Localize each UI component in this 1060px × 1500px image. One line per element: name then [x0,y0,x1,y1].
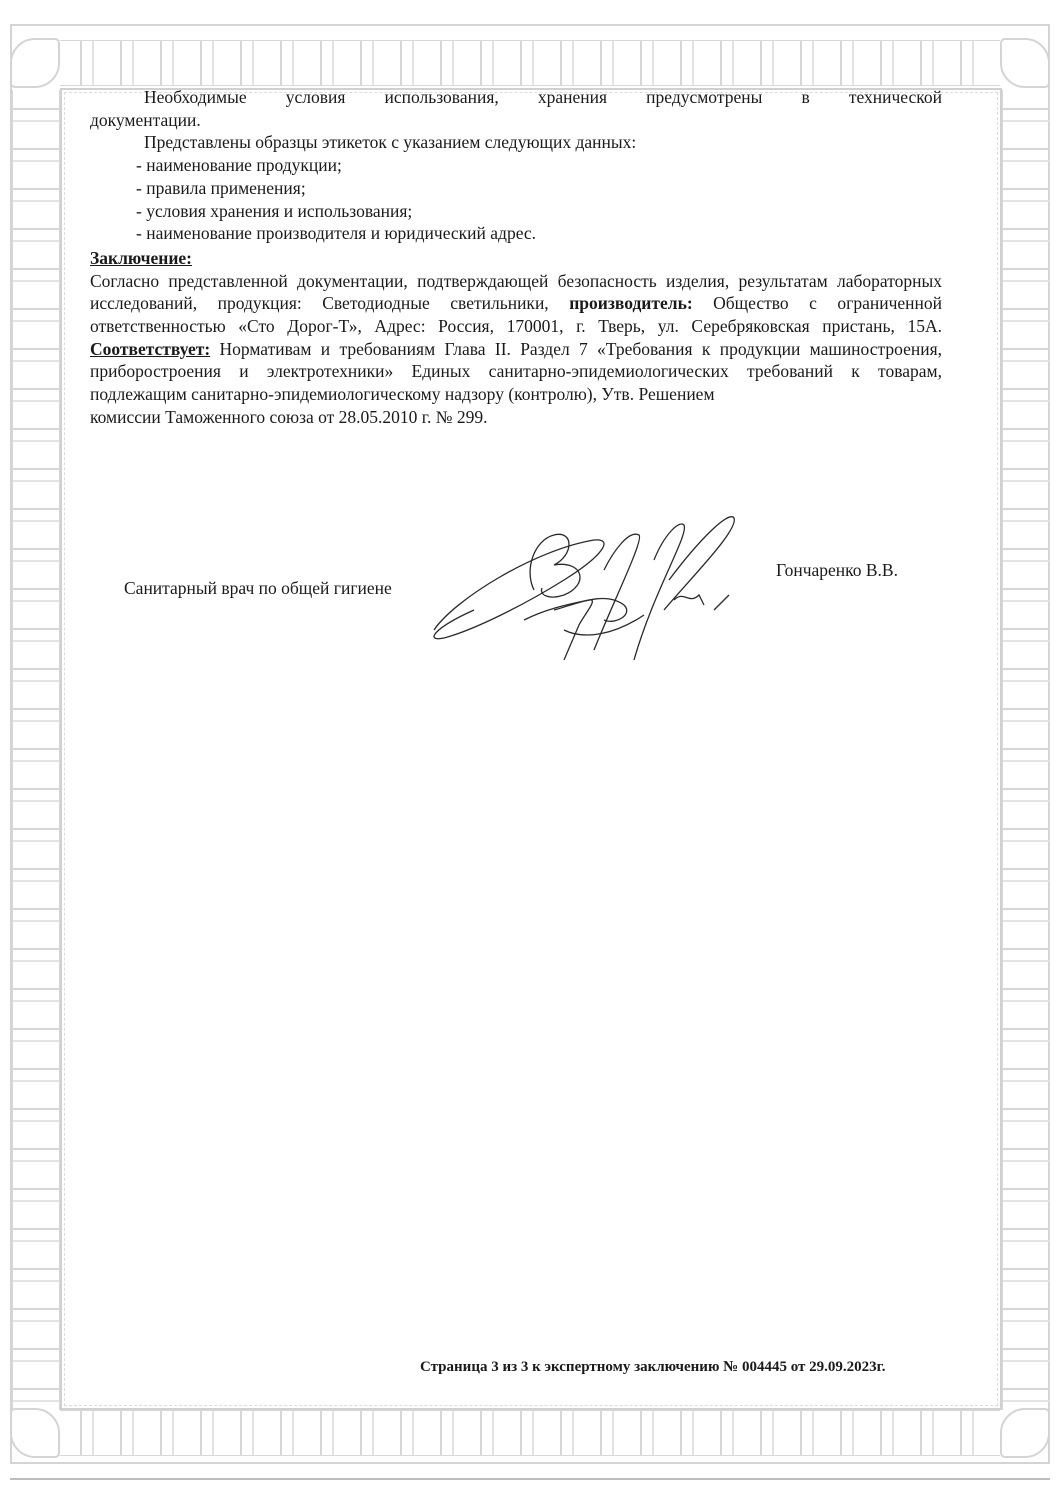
border-band-top [60,40,1000,86]
corner-ornament-icon [10,38,60,88]
signer-name: Гончаренко В.В. [776,560,898,581]
list-item: - наименование производителя и юридическ… [90,222,942,245]
border-band-bottom [60,1410,1000,1456]
corner-ornament-icon [1000,1408,1050,1458]
conclusion-last-line: комиссии Таможенного союза от 28.05.2010… [90,406,942,429]
manufacturer-label: производитель: [569,293,692,313]
corner-ornament-icon [10,1408,60,1458]
conditions-paragraph-line2: документации. [90,109,942,132]
conditions-paragraph-line1: Необходимые условия использования, хране… [90,86,942,109]
labels-list: - наименование продукции; - правила прим… [90,154,942,245]
signature-block: Санитарный врач по общей гигиене Гончаре… [124,560,944,690]
corner-ornament-icon [1000,38,1050,88]
list-item: - наименование продукции; [90,154,942,177]
page-edge-line [10,1478,1050,1480]
border-band-right [1002,90,1050,1410]
border-band-left [12,90,60,1410]
conclusion-heading: Заключение: [90,247,942,270]
list-item: - условия хранения и использования; [90,200,942,223]
conclusion-text-part3: Нормативам и требованиям Глава II. Разде… [90,339,942,404]
page-footer: Страница 3 из 3 к экспертному заключению… [420,1359,886,1376]
signer-title: Санитарный врач по общей гигиене [124,578,392,599]
conclusion-text: Согласно представленной документации, по… [90,270,942,406]
complies-label: Соответствует: [90,339,210,359]
document-body: Необходимые условия использования, хране… [90,86,942,429]
handwritten-signature-icon [414,510,774,680]
labels-intro: Представлены образцы этикеток с указание… [90,131,942,154]
list-item: - правила применения; [90,177,942,200]
